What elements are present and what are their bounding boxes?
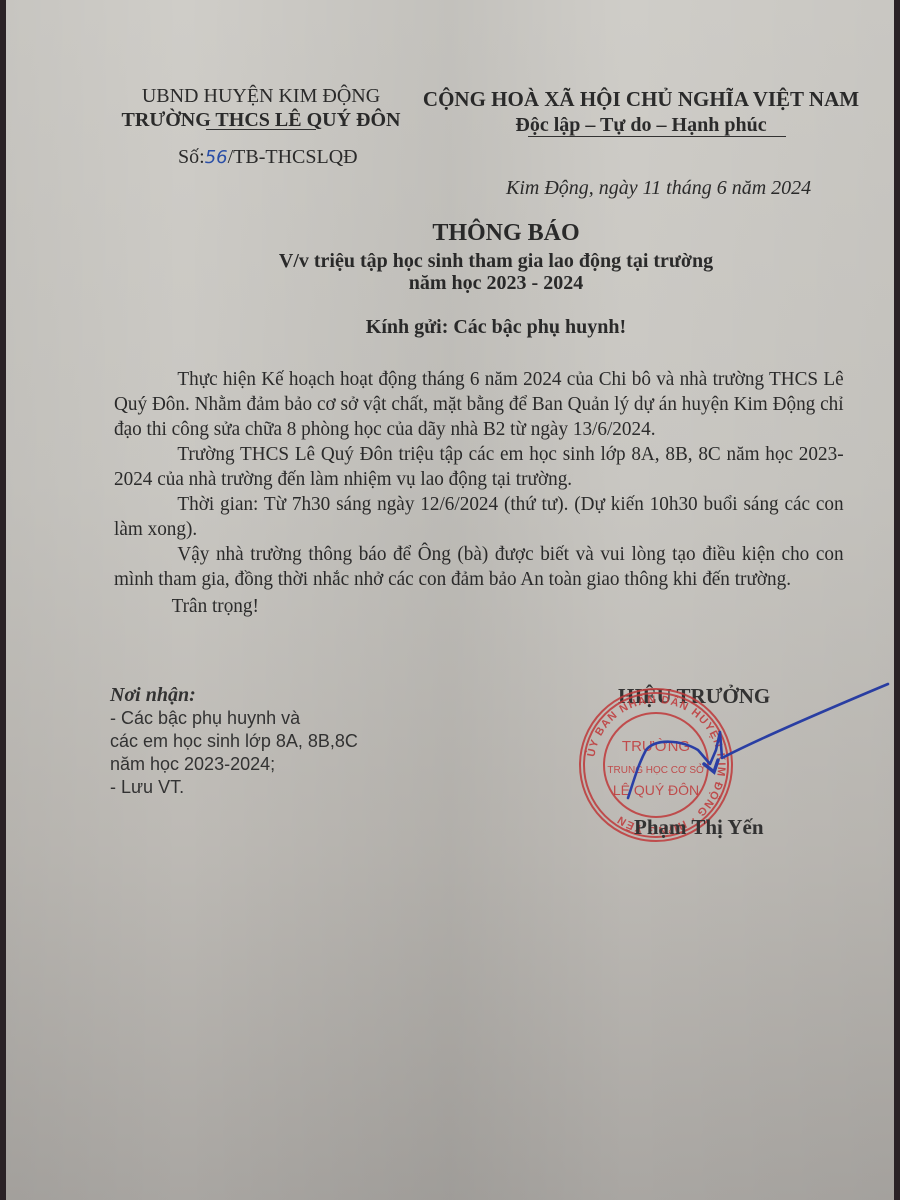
body-paragraph: Trường THCS Lê Quý Đôn triệu tập các em … (114, 442, 844, 492)
doc-number-suffix: /TB-THCSLQĐ (228, 146, 358, 168)
recipient-line: năm học 2023-2024; (110, 753, 358, 776)
body-paragraph: Thực hiện Kế hoạch hoạt động tháng 6 năm… (114, 367, 844, 442)
nation-name: CỘNG HOÀ XÃ HỘI CHỦ NGHĨA VIỆT NAM (416, 86, 866, 112)
doc-number-handwritten: 56 (205, 147, 228, 168)
recipient-line: - Các bậc phụ huynh và (110, 707, 358, 730)
body-paragraph: Thời gian: Từ 7h30 sáng ngày 12/6/2024 (… (114, 492, 844, 542)
document-number: Số:56/TB-THCSLQĐ (178, 146, 358, 169)
doc-number-prefix: Số: (178, 146, 205, 168)
document-page: UBND HUYỆN KIM ĐỘNG TRƯỜNG THCS LÊ QUÝ Đ… (6, 0, 894, 1200)
recipient-line: - Lưu VT. (110, 776, 358, 799)
recipients-label: Nơi nhận: (110, 684, 358, 707)
recipient-line: các em học sinh lớp 8A, 8B,8C (110, 730, 358, 753)
national-header: CỘNG HOÀ XÃ HỘI CHỦ NGHĨA VIỆT NAM Độc l… (416, 86, 866, 138)
authority-name: UBND HUYỆN KIM ĐỘNG (106, 84, 416, 108)
recipients-block: Nơi nhận: - Các bậc phụ huynh và các em … (110, 684, 358, 799)
motto-underline (528, 136, 786, 137)
greeting: Kính gửi: Các bậc phụ huynh! (206, 316, 786, 339)
subject-line-2: năm học 2023 - 2024 (206, 272, 786, 295)
document-body: Thực hiện Kế hoạch hoạt động tháng 6 năm… (114, 367, 844, 619)
issuer-block: UBND HUYỆN KIM ĐỘNG TRƯỜNG THCS LÊ QUÝ Đ… (106, 84, 416, 132)
closing: Trân trọng! (114, 594, 844, 619)
issuer-underline (206, 129, 316, 130)
document-title: THÔNG BÁO (206, 220, 806, 247)
national-motto: Độc lập – Tự do – Hạnh phúc (416, 112, 866, 138)
signer-name: Phạm Thị Yến (634, 815, 764, 840)
body-paragraph: Vậy nhà trường thông báo để Ông (bà) đượ… (114, 542, 844, 592)
place-date: Kim Động, ngày 11 tháng 6 năm 2024 (506, 177, 811, 200)
subject-line-1: V/v triệu tập học sinh tham gia lao động… (206, 250, 786, 273)
handwritten-signature-icon (606, 680, 896, 810)
